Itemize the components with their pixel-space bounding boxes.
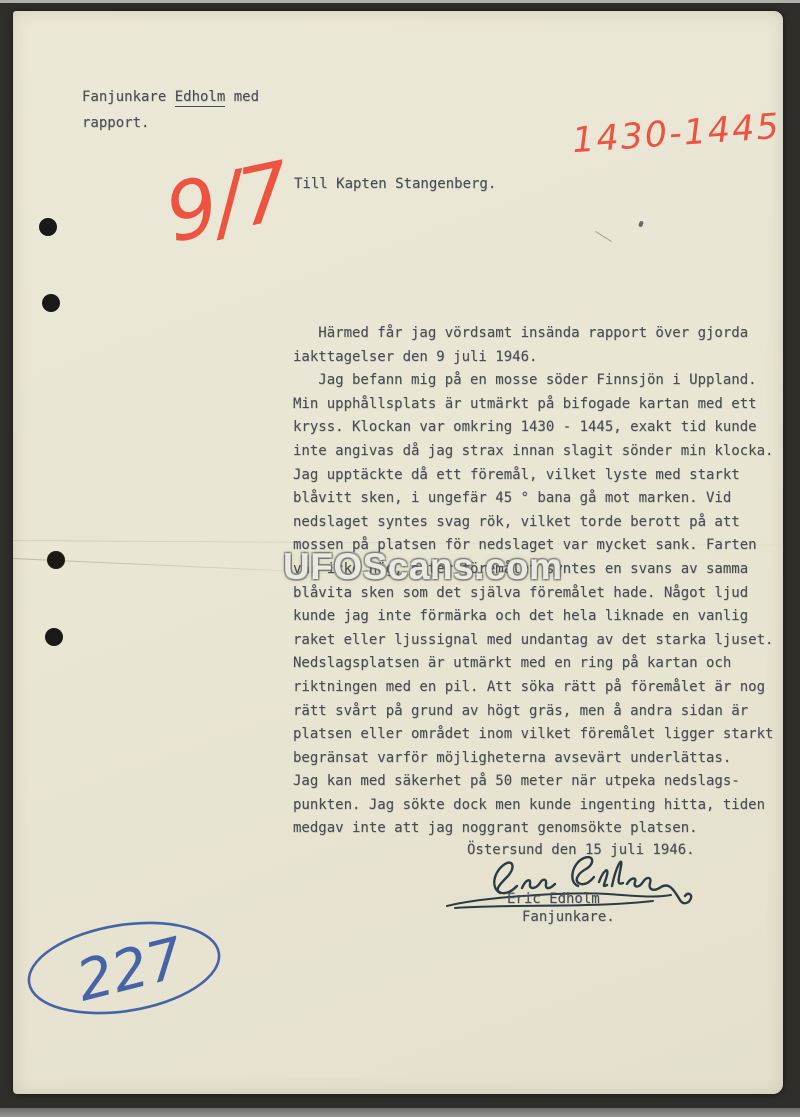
scanner-edge-bottom <box>0 1108 800 1117</box>
hole-punch <box>47 551 65 569</box>
hole-punch <box>42 294 60 312</box>
hole-punch <box>39 218 57 236</box>
hole-punch <box>45 628 63 646</box>
header-note: Fanjunkare Edholm medrapport. <box>82 84 259 136</box>
scanned-document-page: { "document": { "header_note": { "prefix… <box>0 0 800 1117</box>
header-note-underlined-name: Edholm <box>175 89 226 107</box>
watermark-text: UFOScans.com <box>283 546 562 588</box>
header-note-prefix: Fanjunkare <box>82 89 175 105</box>
typed-signature-name: Eric Edholm <box>507 891 600 907</box>
scanner-edge-top <box>0 0 800 3</box>
salutation: Till Kapten Stangenberg. <box>294 176 496 192</box>
circled-archive-number: 227 <box>20 912 232 1024</box>
archive-number-text: 227 <box>70 926 190 1015</box>
header-note-suffix: med <box>225 89 259 105</box>
header-note-line2: rapport. <box>82 115 149 131</box>
typed-signature-title: Fanjunkare. <box>522 909 615 925</box>
